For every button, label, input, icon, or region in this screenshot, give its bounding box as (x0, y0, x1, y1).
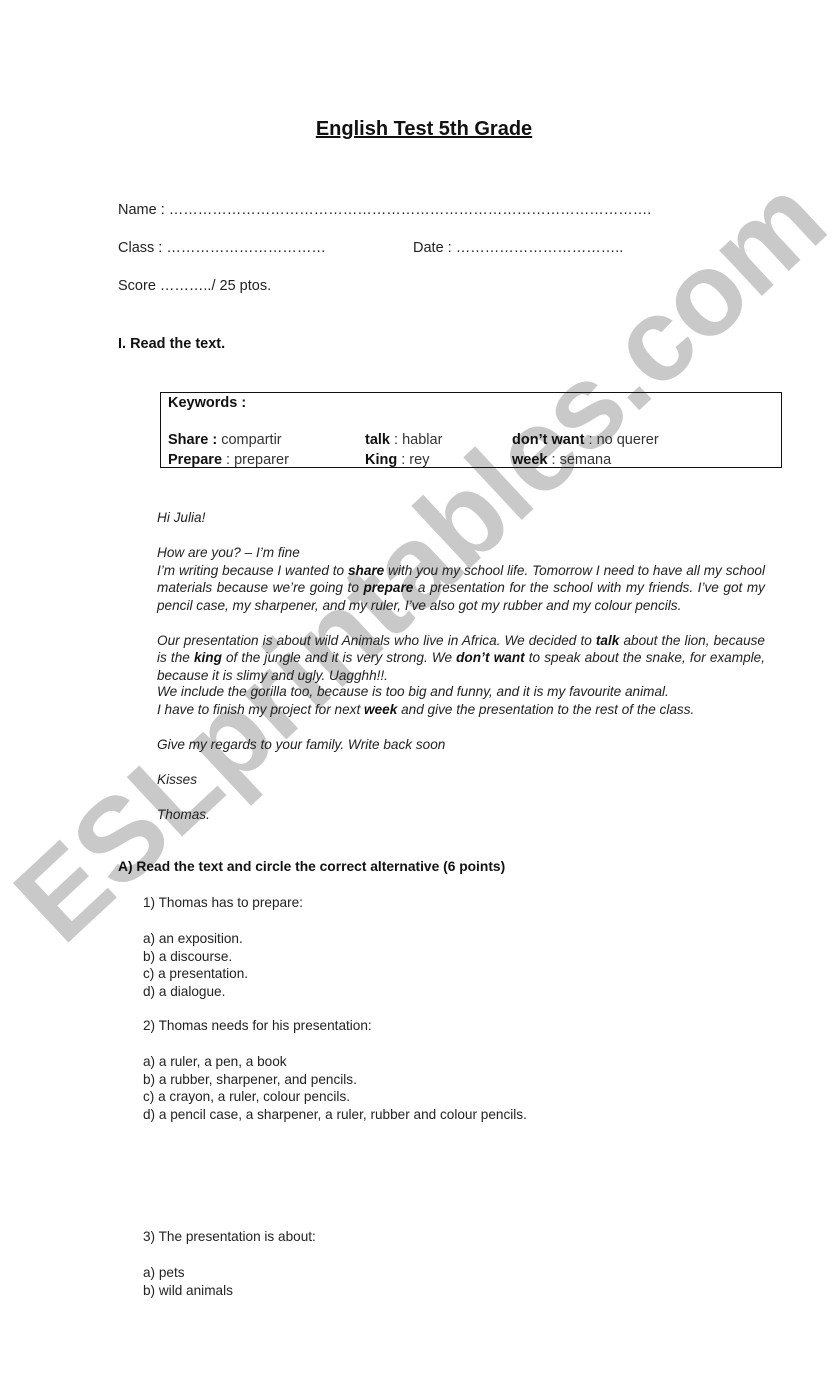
keyword-prepare: Prepare : preparer (168, 452, 289, 468)
letter-line: I have to finish my project for next wee… (157, 702, 694, 717)
letter-line: How are you? – I’m fine (157, 545, 300, 560)
keyword-term: Share : (168, 432, 217, 448)
keyword-talk: talk : hablar (365, 432, 442, 448)
letter-closing: Kisses (157, 772, 197, 787)
section-heading-circle-alternative: A) Read the text and circle the correct … (118, 859, 505, 874)
question-prompt: 2) Thomas needs for his presentation: (143, 1018, 372, 1033)
answer-option[interactable]: b) wild animals (143, 1282, 233, 1300)
keyword-term: talk (365, 432, 390, 448)
keyword-week: week : semana (512, 452, 611, 468)
worksheet-page: English Test 5th Grade Name : …………………………… (0, 0, 838, 1389)
question-prompt: 1) Thomas has to prepare: (143, 895, 303, 910)
keyword-translation: : semana (547, 452, 611, 468)
date-field[interactable]: Date : …………………………….. (413, 240, 623, 256)
letter-line: We include the gorilla too, because is t… (157, 684, 669, 699)
answer-option[interactable]: d) a dialogue. (143, 983, 225, 1001)
letter-signature: Thomas. (157, 807, 210, 822)
keyword-translation: : hablar (390, 432, 442, 448)
keyword-dont-want: don’t want : no querer (512, 432, 659, 448)
question-prompt: 3) The presentation is about: (143, 1229, 316, 1244)
keyword-term: King (365, 452, 397, 468)
name-field[interactable]: Name : ………………………………………………………………………………………… (118, 202, 651, 218)
keyword-term: don’t want (512, 432, 585, 448)
answer-option[interactable]: b) a discourse. (143, 948, 232, 966)
page-title: English Test 5th Grade (0, 118, 838, 141)
keyword-share: Share : compartir (168, 432, 282, 448)
letter-greeting: Hi Julia! (157, 510, 205, 525)
letter-regards: Give my regards to your family. Write ba… (157, 737, 445, 752)
answer-option[interactable]: b) a rubber, sharpener, and pencils. (143, 1071, 357, 1089)
keyword-translation: : no querer (585, 432, 659, 448)
keyword-translation: : preparer (222, 452, 289, 468)
keyword-king: King : rey (365, 452, 429, 468)
keyword-term: week (512, 452, 547, 468)
keyword-highlight: king (194, 650, 222, 665)
answer-option[interactable]: a) an exposition. (143, 930, 243, 948)
keyword-translation: compartir (217, 432, 281, 448)
section-heading-read-text: I. Read the text. (118, 336, 225, 352)
score-field[interactable]: Score ………../ 25 ptos. (118, 278, 271, 294)
keyword-highlight: don’t want (456, 650, 525, 665)
answer-option[interactable]: a) pets (143, 1264, 185, 1282)
keyword-highlight: week (364, 702, 397, 717)
answer-option[interactable]: d) a pencil case, a sharpener, a ruler, … (143, 1106, 527, 1124)
answer-option[interactable]: c) a presentation. (143, 965, 248, 983)
letter-paragraph: I’m writing because I wanted to share wi… (157, 562, 765, 614)
letter-paragraph: Our presentation is about wild Animals w… (157, 632, 765, 684)
keywords-box: Keywords : Share : compartir talk : habl… (160, 392, 782, 468)
keyword-term: Prepare (168, 452, 222, 468)
class-field[interactable]: Class : …………………………… (118, 240, 326, 256)
answer-option[interactable]: a) a ruler, a pen, a book (143, 1053, 287, 1071)
keyword-translation: : rey (397, 452, 429, 468)
answer-option[interactable]: c) a crayon, a ruler, colour pencils. (143, 1088, 350, 1106)
keywords-title: Keywords : (168, 395, 246, 411)
keyword-highlight: prepare (363, 580, 413, 595)
keyword-highlight: share (348, 563, 384, 578)
keyword-highlight: talk (596, 633, 619, 648)
